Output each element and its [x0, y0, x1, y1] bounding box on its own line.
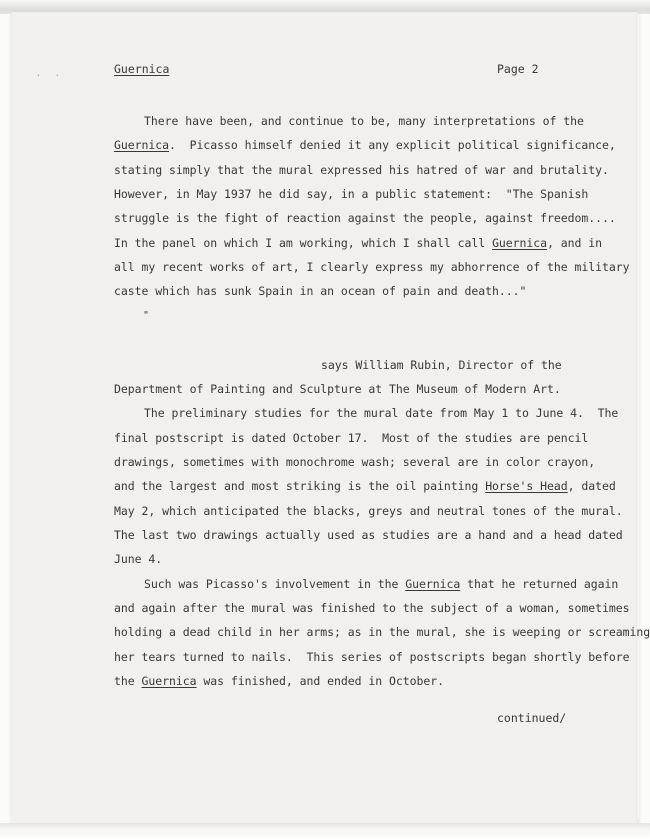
text-line: May 2, which anticipated the blacks, gre… [114, 504, 623, 518]
text-line: says William Rubin, Director of the [321, 358, 562, 372]
underlined-title: Guernica [142, 674, 197, 688]
page-edge [636, 14, 639, 819]
underlined-title: Guernica [492, 236, 547, 250]
text-line: drawings, sometimes with monochrome wash… [114, 455, 595, 469]
text-line: June 4. [114, 552, 162, 566]
stray-quote-mark: " [143, 310, 149, 321]
text-line: Guernica. Picasso himself denied it any … [114, 138, 616, 152]
text-line: all my recent works of art, I clearly ex… [114, 260, 630, 274]
underlined-title: Guernica [114, 138, 169, 152]
text-line: and the largest and most striking is the… [114, 479, 616, 493]
text-line: The preliminary studies for the mural da… [114, 406, 618, 420]
text-line: There have been, and continue to be, man… [114, 114, 584, 128]
text-line: However, in May 1937 he did say, in a pu… [114, 187, 588, 201]
scan-backdrop-bottom [0, 823, 650, 839]
text-line: stating simply that the mural expressed … [114, 163, 609, 177]
underlined-title: Guernica [405, 577, 460, 591]
text-line: final postscript is dated October 17. Mo… [114, 431, 588, 445]
continued-label: continued/ [497, 711, 566, 725]
text-line: Department of Painting and Sculpture at … [114, 382, 561, 396]
scan-specks: ·· [36, 71, 74, 80]
text-line: and again after the mural was finished t… [114, 601, 630, 615]
text-line: struggle is the fight of reaction agains… [114, 211, 616, 225]
text-line: her tears turned to nails. This series o… [114, 650, 630, 664]
text-line: Such was Picasso's involvement in the Gu… [114, 577, 618, 591]
text-line: the Guernica was finished, and ended in … [114, 674, 444, 688]
underlined-title: Horse's Head [485, 479, 567, 493]
text-line: The last two drawings actually used as s… [114, 528, 623, 542]
text-line: In the panel on which I am working, whic… [114, 236, 602, 250]
text-line: holding a dead child in her arms; as in … [114, 625, 650, 639]
document-title: Guernica [114, 62, 169, 76]
text-line: caste which has sunk Spain in an ocean o… [114, 284, 526, 298]
page-number: Page 2 [497, 62, 539, 76]
